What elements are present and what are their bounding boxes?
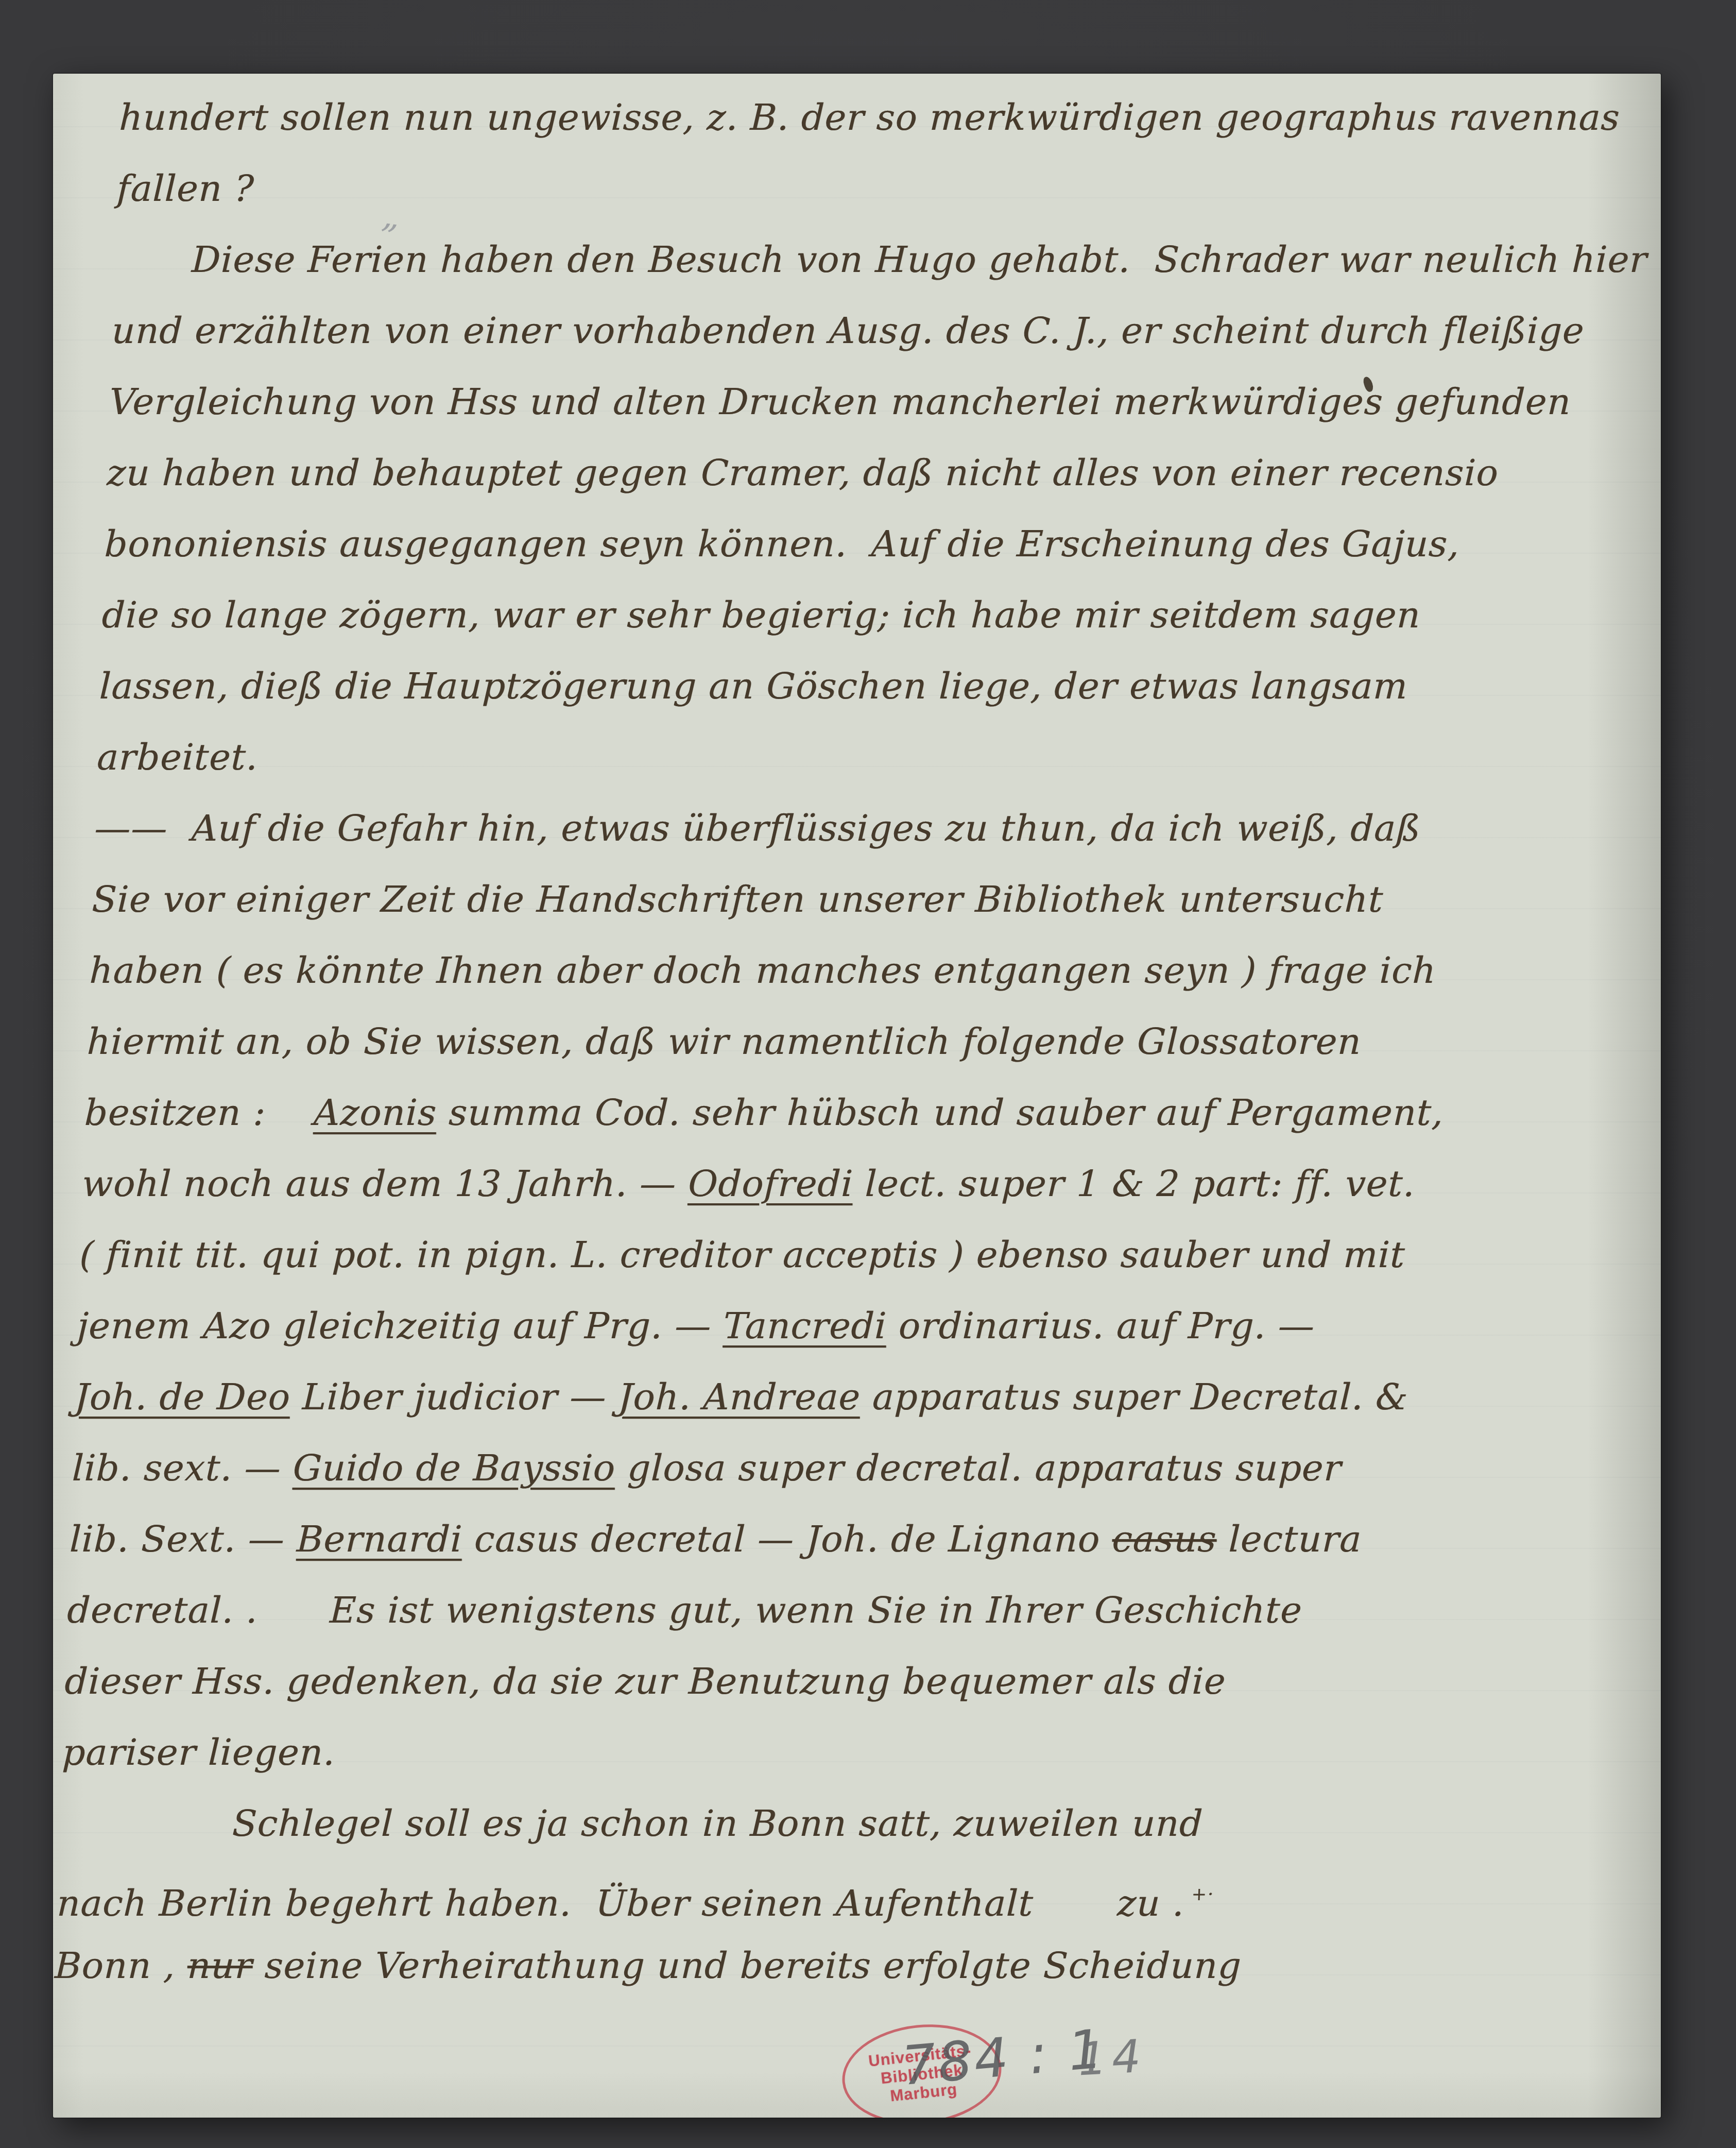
manuscript-line: dieser Hss. gedenken, da sie zur Benutzu…	[63, 1646, 1604, 1717]
line-text: Diese Ferien haben den Besuch von Hugo g…	[191, 238, 1648, 281]
line-text: lib. sext. —	[72, 1447, 294, 1489]
scan-background: hundert sollen nun ungewisse, z. B. der …	[0, 0, 1736, 2148]
line-text: ( finit tit. qui pot. in pign. L. credit…	[79, 1234, 1406, 1276]
manuscript-line: und erzählten von einer vorhabenden Ausg…	[111, 295, 1651, 366]
line-text: wohl noch aus dem 13 Jahrh. —	[81, 1163, 689, 1205]
line-text: Sie vor einiger Zeit die Handschriften u…	[91, 878, 1384, 920]
manuscript-line: fallen ?	[115, 153, 1656, 224]
line-text: —— Auf die Gefahr hin, etwas überflüssig…	[94, 807, 1421, 849]
line-text: fallen ?	[116, 167, 255, 210]
underlined-name: Tancredi	[723, 1305, 887, 1347]
manuscript-line: nach Berlin begehrt haben. Über seinen A…	[56, 1859, 1596, 1930]
underlined-name: Azonis	[313, 1092, 438, 1134]
line-text: hiermit an, ob Sie wissen, daß wir namen…	[87, 1020, 1362, 1063]
manuscript-line: bononiensis ausgegangen seyn können. Auf…	[103, 508, 1643, 579]
line-text: besitzen :	[84, 1092, 315, 1134]
manuscript-line: Sie vor einiger Zeit die Handschriften u…	[91, 864, 1631, 935]
line-text: Bonn ,	[54, 1945, 188, 1987]
manuscript-line: pariser liegen.	[61, 1717, 1601, 1788]
line-text: glosa super decretal. apparatus super	[615, 1447, 1343, 1489]
manuscript-line: —— Auf die Gefahr hin, etwas überflüssig…	[93, 793, 1634, 864]
line-text: Liber judicior —	[289, 1376, 619, 1418]
line-text: zu haben und behauptet gegen Cramer, daß…	[106, 452, 1499, 494]
line-text: lectura	[1216, 1518, 1363, 1560]
letter-page: hundert sollen nun ungewisse, z. B. der …	[53, 74, 1661, 2118]
manuscript-line: decretal. . Es ist wenigstens gut, wenn …	[66, 1575, 1606, 1646]
struck-word: casus	[1111, 1518, 1217, 1560]
manuscript-line: lib. sext. — Guido de Bayssio glosa supe…	[71, 1433, 1611, 1504]
line-text: arbeitet.	[96, 736, 259, 778]
line-text: ordinarius. auf Prg. —	[886, 1305, 1315, 1347]
underlined-name: Bernardi	[296, 1518, 463, 1560]
manuscript-line: arbeitet.	[96, 722, 1636, 793]
manuscript-line: hiermit an, ob Sie wissen, daß wir namen…	[86, 1006, 1626, 1077]
manuscript-line: jenem Azo gleichzeitig auf Prg. — Tancre…	[76, 1290, 1616, 1361]
line-text: dieser Hss. gedenken, da sie zur Benutzu…	[64, 1660, 1227, 1702]
manuscript-line: Vergleichung von Hss und alten Drucken m…	[108, 366, 1648, 437]
line-text: Schlegel soll es ja schon in Bonn satt, …	[232, 1802, 1204, 1845]
underlined-name: Joh. Andreae	[617, 1376, 861, 1418]
manuscript-text: hundert sollen nun ungewisse, z. B. der …	[54, 82, 1658, 2001]
manuscript-line: lassen, dieß die Hauptzögerung an Gösche…	[98, 651, 1639, 722]
manuscript-line: besitzen : Azonis summa Cod. sehr hübsch…	[83, 1077, 1624, 1148]
manuscript-line: Diese Ferien haben den Besuch von Hugo g…	[113, 224, 1654, 295]
line-text: lect. super 1 & 2 part: ff. vet.	[852, 1163, 1416, 1205]
manuscript-line: Bonn , nur seine Verheirathung und berei…	[54, 1930, 1594, 2001]
line-text: bononiensis ausgegangen seyn können. Auf…	[104, 523, 1460, 565]
manuscript-line: Schlegel soll es ja schon in Bonn satt, …	[59, 1788, 1599, 1859]
manuscript-line: ( finit tit. qui pot. in pign. L. credit…	[78, 1219, 1619, 1290]
line-text: summa Cod. sehr hübsch und sauber auf Pe…	[436, 1092, 1445, 1134]
line-text: jenem Azo gleichzeitig auf Prg. —	[76, 1305, 724, 1347]
line-text: Vergleichung von Hss und alten Drucken m…	[109, 381, 1572, 423]
line-text: lib. Sext. —	[69, 1518, 298, 1560]
line-text: pariser liegen.	[61, 1731, 336, 1774]
line-text: haben ( es könnte Ihnen aber doch manche…	[89, 949, 1437, 992]
line-text: hundert sollen nun ungewisse, z. B. der …	[118, 96, 1621, 139]
manuscript-line: die so lange zögern, war er sehr begieri…	[101, 579, 1641, 651]
struck-word: nur	[186, 1945, 253, 1987]
line-text: decretal. . Es ist wenigstens gut, wenn …	[66, 1589, 1303, 1631]
line-text: nach Berlin begehrt haben. Über seinen A…	[56, 1882, 1185, 1924]
underlined-name: Odofredi	[687, 1163, 854, 1205]
line-text: und erzählten von einer vorhabenden Ausg…	[111, 310, 1585, 352]
line-text: +·	[1184, 1884, 1215, 1905]
page-number-pencil: 14	[1076, 2030, 1147, 2086]
manuscript-line: Joh. de Deo Liber judicior — Joh. Andrea…	[73, 1361, 1613, 1433]
line-text: apparatus super Decretal. &	[860, 1376, 1408, 1418]
manuscript-line: wohl noch aus dem 13 Jahrh. — Odofredi l…	[81, 1148, 1621, 1219]
line-text: die so lange zögern, war er sehr begieri…	[101, 594, 1421, 636]
line-text: seine Verheirathung und bereits erfolgte…	[252, 1945, 1242, 1987]
line-text: lassen, dieß die Hauptzögerung an Gösche…	[99, 665, 1409, 707]
manuscript-line: haben ( es könnte Ihnen aber doch manche…	[88, 935, 1628, 1006]
manuscript-line: hundert sollen nun ungewisse, z. B. der …	[118, 82, 1658, 153]
underlined-name: Guido de Bayssio	[292, 1447, 616, 1489]
underlined-name: Joh. de Deo	[74, 1376, 291, 1418]
line-text: casus decretal — Joh. de Lignano	[461, 1518, 1113, 1560]
manuscript-line: zu haben und behauptet gegen Cramer, daß…	[106, 437, 1646, 508]
manuscript-line: lib. Sext. — Bernardi casus decretal — J…	[68, 1504, 1609, 1575]
